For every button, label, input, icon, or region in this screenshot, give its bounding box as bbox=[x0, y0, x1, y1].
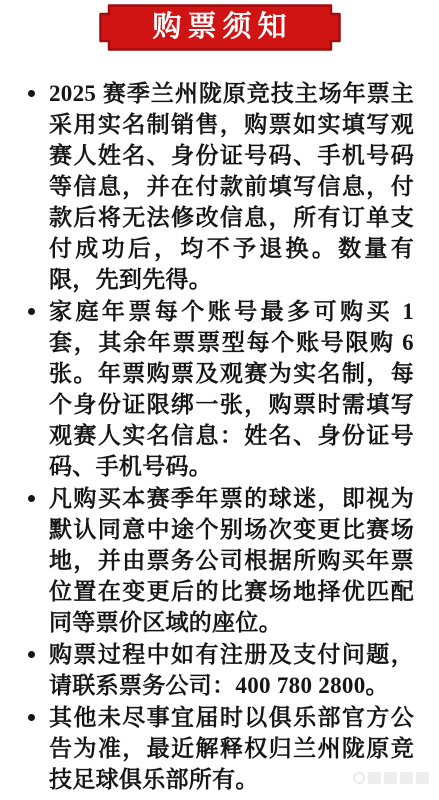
notice-list: 2025 赛季兰州陇原竞技主场年票主采用实名制销售，购票如实填写观赛人姓名、身份… bbox=[28, 78, 414, 795]
bullet-icon bbox=[28, 651, 35, 658]
notice-item-text: 家庭年票每个账号最多可购买 1 套，其余年票票型每个账号限购 6 张。年票购票及… bbox=[49, 296, 414, 482]
notice-item: 家庭年票每个账号最多可购买 1 套，其余年票票型每个账号限购 6 张。年票购票及… bbox=[28, 296, 414, 482]
notice-item-text: 2025 赛季兰州陇原竞技主场年票主采用实名制销售，购票如实填写观赛人姓名、身份… bbox=[49, 78, 414, 295]
notice-item-text: 凡购买本赛季年票的球迷，即视为默认同意中途个别场次变更比赛场地，并由票务公司根据… bbox=[49, 483, 414, 638]
bullet-icon bbox=[28, 308, 35, 315]
notice-item: 2025 赛季兰州陇原竞技主场年票主采用实名制销售，购票如实填写观赛人姓名、身份… bbox=[28, 78, 414, 295]
page-title: 购票须知 bbox=[99, 4, 341, 51]
notice-item: 购票过程中如有注册及支付问题，请联系票务公司：400 780 2800。 bbox=[28, 639, 414, 701]
watermark-logo-icon bbox=[353, 772, 365, 784]
notice-item: 凡购买本赛季年票的球迷，即视为默认同意中途个别场次变更比赛场地，并由票务公司根据… bbox=[28, 483, 414, 638]
banner: 购票须知 bbox=[99, 4, 341, 51]
watermark bbox=[353, 772, 429, 784]
bullet-icon bbox=[28, 714, 35, 721]
notice-item-text: 购票过程中如有注册及支付问题，请联系票务公司：400 780 2800。 bbox=[49, 639, 414, 701]
notice-page: { "page": { "background": "#ffffff", "te… bbox=[0, 0, 439, 800]
bullet-icon bbox=[28, 495, 35, 502]
bullet-icon bbox=[28, 90, 35, 97]
